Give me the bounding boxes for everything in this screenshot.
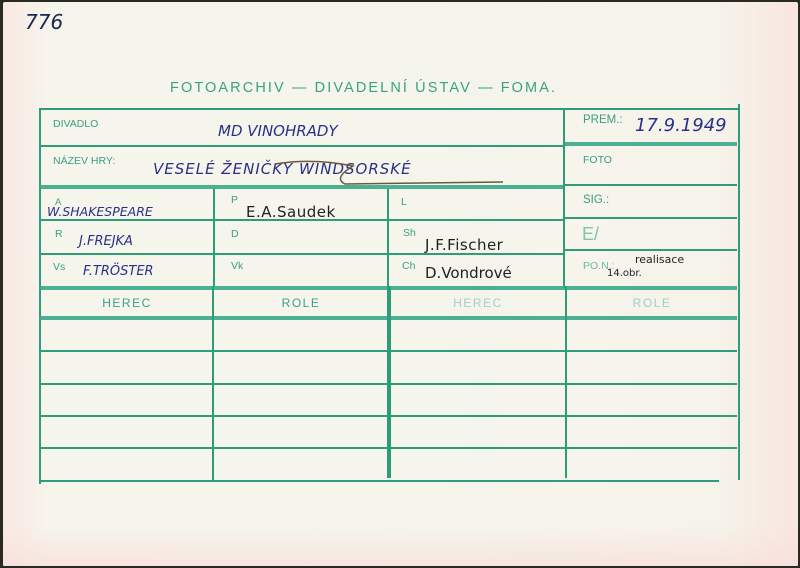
table-row-divider bbox=[41, 447, 737, 449]
prem-value: 17.9.1949 bbox=[635, 115, 727, 136]
table-header-herec-2: HEREC bbox=[391, 296, 565, 310]
divider bbox=[387, 189, 389, 286]
e-label: E/ bbox=[582, 224, 599, 245]
prem-label: PREM.: bbox=[583, 114, 623, 126]
divider bbox=[563, 108, 565, 288]
nazev-label: NÁZEV HRY: bbox=[53, 155, 115, 167]
sig-label: SIG.: bbox=[583, 194, 609, 206]
vs-value: F.TRÖSTER bbox=[83, 264, 154, 279]
ch-label: Ch bbox=[402, 260, 415, 272]
pon-value-line1: realisace bbox=[635, 253, 684, 266]
ch-value: D.Vondrové bbox=[425, 264, 512, 282]
foto-label: FOTO bbox=[583, 154, 612, 166]
table-header-role-2: ROLE bbox=[567, 296, 737, 310]
divider bbox=[738, 104, 740, 480]
divider bbox=[39, 145, 563, 147]
card-number: 776 bbox=[25, 10, 63, 34]
pon-value-line2: 14.obr. bbox=[607, 268, 642, 279]
divider bbox=[213, 189, 215, 286]
sh-label: Sh bbox=[403, 227, 416, 239]
r-value: J.FREJKA bbox=[79, 234, 133, 249]
p-label: P bbox=[231, 194, 238, 206]
table-center-divider bbox=[387, 286, 391, 478]
table-column-divider bbox=[565, 286, 567, 478]
p-value: E.A.Saudek bbox=[246, 203, 336, 221]
archive-header: FOTOARCHIV — DIVADELNÍ ÚSTAV — FOMA. bbox=[170, 80, 557, 96]
title-underline-stroke bbox=[273, 160, 523, 190]
archive-card: 776 FOTOARCHIV — DIVADELNÍ ÚSTAV — FOMA.… bbox=[3, 2, 798, 566]
divider bbox=[565, 184, 737, 186]
d-label: D bbox=[231, 228, 239, 240]
table-bottom-border bbox=[39, 480, 719, 482]
table-header-herec-1: HEREC bbox=[41, 296, 213, 310]
divider bbox=[565, 249, 737, 251]
divadlo-label: DIVADLO bbox=[53, 118, 98, 130]
divider bbox=[565, 217, 737, 219]
l-label: L bbox=[401, 196, 407, 208]
table-header-role-1: ROLE bbox=[215, 296, 387, 310]
table-row-divider bbox=[41, 415, 737, 417]
vs-label: Vs bbox=[53, 261, 65, 273]
r-label: R bbox=[55, 228, 63, 240]
a-value: W.SHAKESPEARE bbox=[47, 204, 153, 219]
divider bbox=[39, 108, 739, 110]
vk-label: Vk bbox=[231, 260, 243, 272]
sh-value: J.F.Fischer bbox=[425, 236, 503, 254]
divider bbox=[565, 142, 737, 146]
table-row-divider bbox=[41, 383, 737, 385]
divadlo-value: MD VINOHRADY bbox=[218, 122, 338, 140]
table-row-divider bbox=[41, 350, 737, 352]
